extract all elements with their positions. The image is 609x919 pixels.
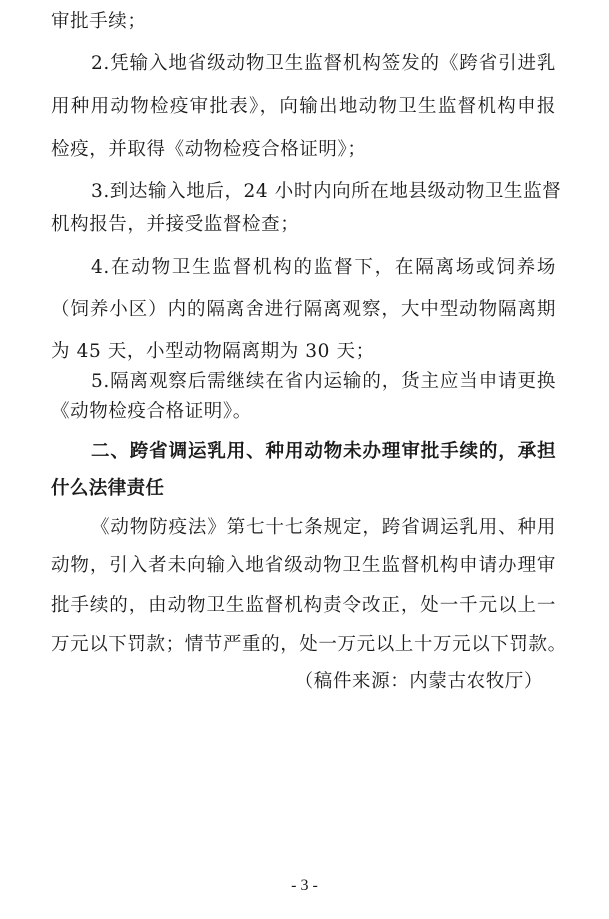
source-attribution: （稿件来源：内蒙古农牧厅） — [295, 670, 543, 694]
list-item-2: 2.凭输入地省级动物卫生监督机构签发的《跨省引进乳 — [91, 52, 556, 76]
list-item-3: 3.到达输入地后，24 小时内向所在地县级动物卫生监督 — [91, 180, 556, 204]
body-text-line: 用种用动物检疫审批表》，向输出地动物卫生监督机构申报 — [51, 95, 556, 119]
body-text-line: 检疫，并取得《动物检疫合格证明》； — [51, 138, 556, 162]
page-number: - 3 - — [0, 877, 609, 895]
body-text-line: 为 45 天，小型动物隔离期为 30 天； — [51, 340, 556, 364]
section-heading-cont: 什么法律责任 — [51, 477, 556, 501]
body-text-line: 审批手续； — [51, 10, 556, 34]
list-item-5: 5.隔离观察后需继续在省内运输的，货主应当申请更换 — [91, 370, 556, 394]
body-text-line: 批手续的，由动物卫生监督机构责令改正，处一千元以上一 — [51, 594, 556, 618]
body-text-line: 《动物检疫合格证明》。 — [51, 400, 556, 424]
body-text-line: （饲养小区）内的隔离舍进行隔离观察，大中型动物隔离期 — [51, 298, 556, 322]
body-text-line: 机构报告，并接受监督检查； — [51, 213, 556, 237]
body-text-line: 动物，引入者未向输入地省级动物卫生监督机构申请办理审 — [51, 554, 556, 578]
body-text-line: 万元以下罚款；情节严重的，处一万元以上十万元以下罚款。 — [51, 633, 556, 657]
list-item-4: 4.在动物卫生监督机构的监督下，在隔离场或饲养场 — [91, 256, 556, 280]
section-heading: 二、跨省调运乳用、种用动物未办理审批手续的，承担 — [91, 440, 556, 464]
body-text-line: 《动物防疫法》第七十七条规定，跨省调运乳用、种用 — [91, 516, 556, 540]
